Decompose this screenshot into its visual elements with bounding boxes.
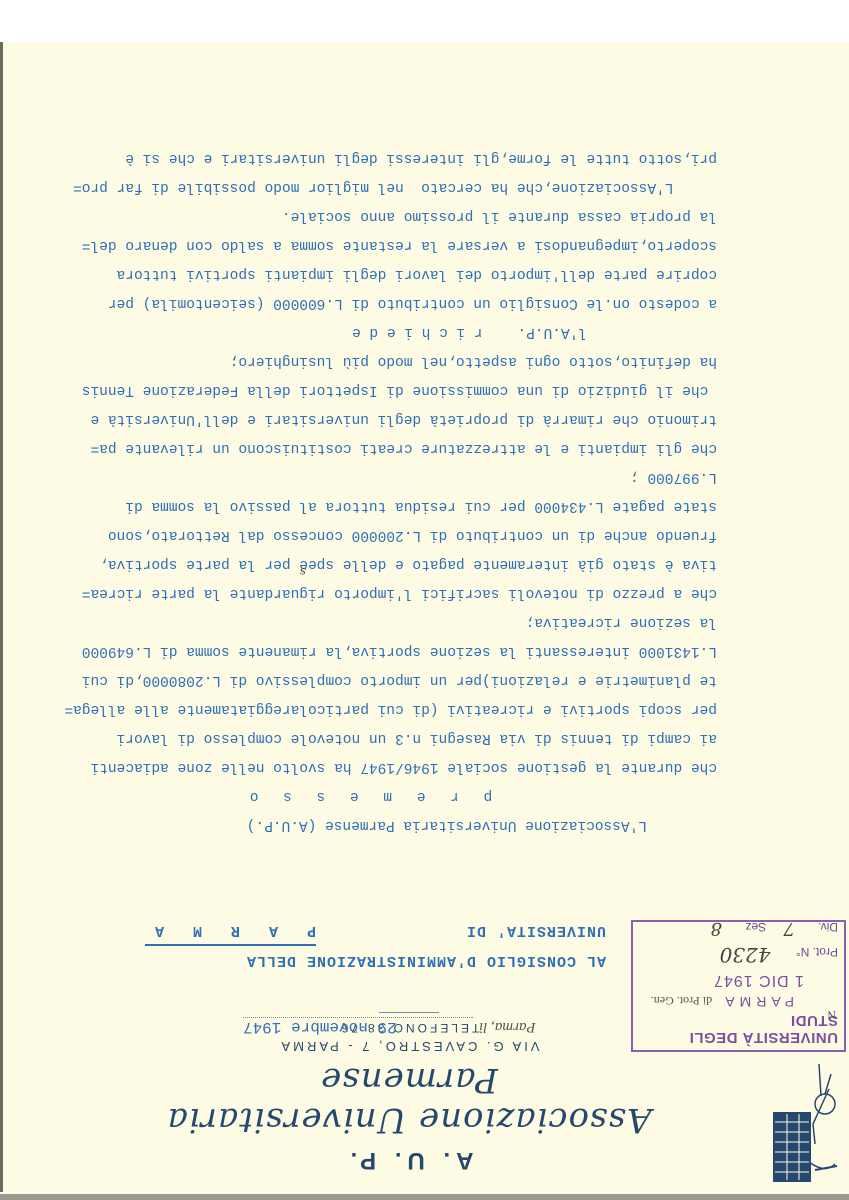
student-logo-icon <box>769 1054 839 1184</box>
stamp-div-value: 7 <box>783 918 794 939</box>
body-line: la sezione ricreativa; <box>17 607 717 636</box>
stamp-date-value: 1 DIC 1947 <box>713 972 804 989</box>
body-line: trimonio che rimarrà di proprietà degli … <box>17 404 717 433</box>
stamp-city-name: PARMA <box>721 994 794 1010</box>
stamp-div-label: Div. <box>818 920 838 934</box>
request-line: la propria cassa durante il prossimo ann… <box>17 201 717 230</box>
dateline-date: 29 novembre 1947 <box>243 1017 473 1036</box>
body-line: state pagate L.434000 per cui residua tu… <box>17 491 717 520</box>
body-line: che a prezzo di notevoli sacrifici l'imp… <box>17 578 717 607</box>
addressee-line2: UNIVERSITA' DIP A R M A <box>145 916 606 946</box>
addressee-line1: AL CONSIGLIO D'AMMINISTRAZIONE DELLA <box>145 946 606 974</box>
letterhead-address: VIA G. CAVESTRO, 7 - PARMA <box>109 1039 709 1054</box>
request-line: a codesto on.le Consiglio un contributo … <box>17 288 717 317</box>
letterhead: A. U. P. Associazione Universitaria Parm… <box>109 1012 709 1174</box>
request-line: coprire parte dell'importo dei lavori de… <box>17 259 717 288</box>
stamp-sez-label: Sez <box>745 920 766 934</box>
stamp-prot-label: Prot. N° <box>796 945 838 959</box>
letterhead-name: Associazione Universitaria Parmense <box>109 1060 709 1140</box>
body-line: fruendo anche di un contributo di L.2000… <box>17 520 717 549</box>
letter-body: L'Associazione Universitaria Parmense (A… <box>17 85 717 868</box>
body-line: ha definito,sotto ogni aspetto,nel modo … <box>17 346 717 375</box>
body-line: che gli impianti e le attrezzature creat… <box>17 433 717 462</box>
stamp-city: PARMA di Prot. Gen. <box>633 993 844 1012</box>
letterhead-divider <box>379 1012 439 1013</box>
body-richiede: l'A.U.P. r i c h i e d e <box>17 317 717 346</box>
body-line: che durante la gestione sociale 1946/194… <box>17 752 717 781</box>
stamp-prot-number: 4230 <box>720 943 771 967</box>
body-line-with-insertion: tiva è stato già interamente pagato e de… <box>17 549 717 578</box>
addressee-university: UNIVERSITA' DI <box>466 922 606 939</box>
scan-edge-bottom <box>0 1194 849 1200</box>
body-line: che il giudizio di una commissione di Is… <box>17 375 717 404</box>
body-line: te planimetrie e relazioni)per un import… <box>17 665 717 694</box>
stamp-division: Div. 7 Sez 8 <box>633 918 844 943</box>
body-line: ai campi di tennis di via Rasegni n.3 un… <box>17 723 717 752</box>
addressee-city: P A R M A <box>145 916 316 946</box>
stamp-title: UNIVERSITÀ DEGLI STUDI <box>633 1012 844 1050</box>
stamp-n-label: N <box>827 1007 836 1022</box>
letterhead-acronym: A. U. P. <box>109 1146 709 1174</box>
dateline: Parma, lì29 novembre 1947 <box>19 1017 619 1036</box>
university-receipt-stamp: UNIVERSITÀ DEGLI STUDI N PARMA di Prot. … <box>631 920 846 1052</box>
stamp-protocol: Prot. N° 4230 <box>633 943 844 971</box>
stamp-sez-value: 8 <box>711 918 722 939</box>
stamp-prot-gen-label: di Prot. Gen. <box>651 994 712 1008</box>
body-premesso: p r e m e s s o <box>17 781 717 810</box>
closing-line: pri,sotto tutte le forme,gli interessi d… <box>17 143 717 172</box>
body-line: L.1431000 interessanti la sezione sporti… <box>17 636 717 665</box>
body-line: per scopi sportivi e ricreativi (di cui … <box>17 694 717 723</box>
addressee-block: AL CONSIGLIO D'AMMINISTRAZIONE DELLA UNI… <box>145 916 606 974</box>
body-intro: L'Associazione Universitaria Parmense (A… <box>17 810 717 839</box>
body-line: L.997000 ; <box>17 462 717 491</box>
stamp-date: 1 DIC 1947 <box>633 971 844 993</box>
closing-line: L'Associazione,che ha cercato nel miglio… <box>17 172 717 201</box>
dateline-place: Parma, lì <box>479 1018 619 1035</box>
letter-page: A. U. P. Associazione Universitaria Parm… <box>3 42 849 1194</box>
request-line: scoperto,impegnandosi a versare la resta… <box>17 230 717 259</box>
